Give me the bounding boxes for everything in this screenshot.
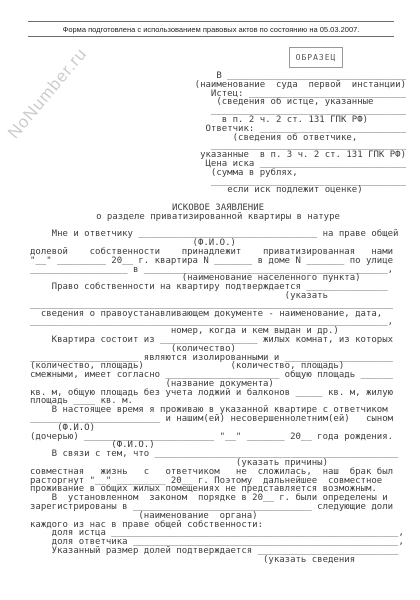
sample-stamp: ОБРАЗЕЦ	[289, 47, 343, 68]
document-body: В _________________________________(наим…	[30, 72, 406, 565]
prepared-note: Форма подготовлена с использованием прав…	[28, 21, 394, 37]
court-header-line: если иск подлежит оценке)	[30, 186, 406, 195]
doc-subtitle: о разделе приватизированной квартиры в н…	[30, 213, 406, 222]
form-line: (указать сведения	[30, 556, 406, 565]
